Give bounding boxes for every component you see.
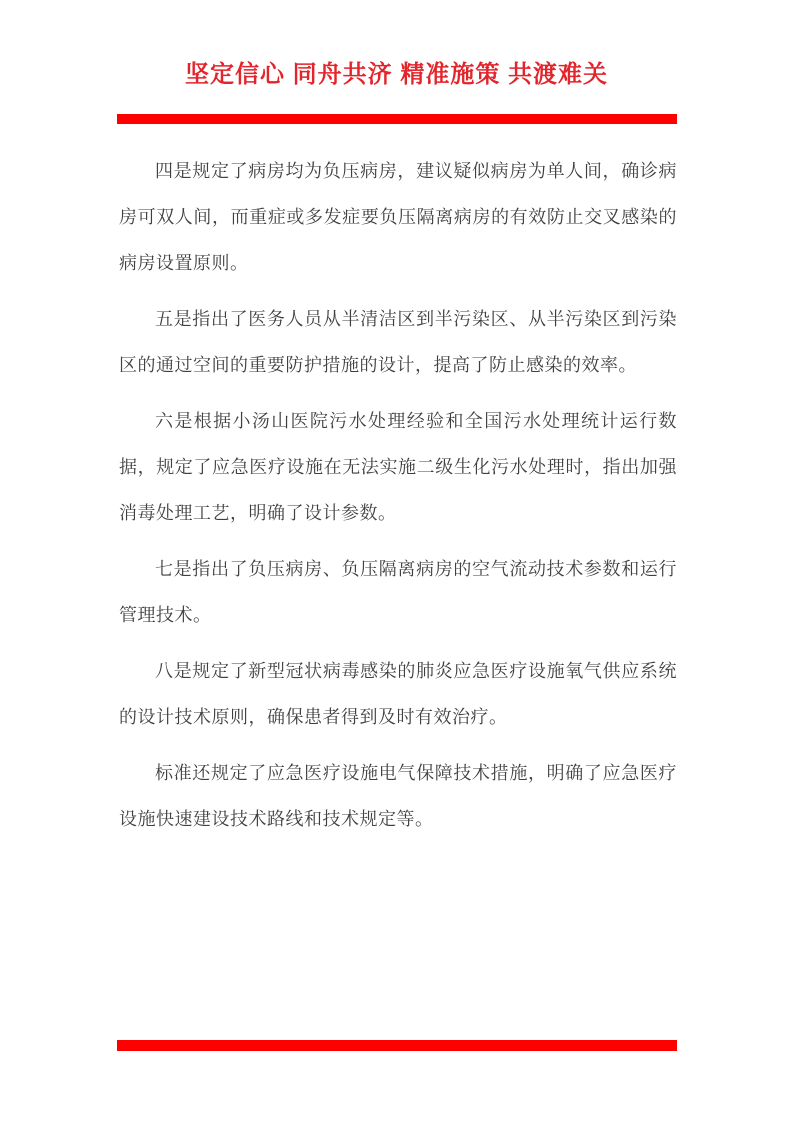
paragraph: 六是根据小汤山医院污水处理经验和全国污水处理统计运行数据，规定了应急医疗设施在无… [119,398,677,536]
document-title: 坚定信心 同舟共济 精准施策 共渡难关 [0,58,793,92]
top-divider-bar [117,114,677,124]
paragraph: 八是规定了新型冠状病毒感染的肺炎应急医疗设施氧气供应系统的设计技术原则，确保患者… [119,648,677,740]
paragraph: 七是指出了负压病房、负压隔离病房的空气流动技术参数和运行管理技术。 [119,546,677,638]
paragraph: 五是指出了医务人员从半清洁区到半污染区、从半污染区到污染区的通过空间的重要防护措… [119,296,677,388]
document-body: 四是规定了病房均为负压病房，建议疑似病房为单人间，确诊病房可双人间，而重症或多发… [119,148,677,852]
document-page: 坚定信心 同舟共济 精准施策 共渡难关 四是规定了病房均为负压病房，建议疑似病房… [0,0,793,1122]
bottom-divider-bar [117,1040,677,1051]
paragraph: 标准还规定了应急医疗设施电气保障技术措施，明确了应急医疗设施快速建设技术路线和技… [119,750,677,842]
paragraph: 四是规定了病房均为负压病房，建议疑似病房为单人间，确诊病房可双人间，而重症或多发… [119,148,677,286]
